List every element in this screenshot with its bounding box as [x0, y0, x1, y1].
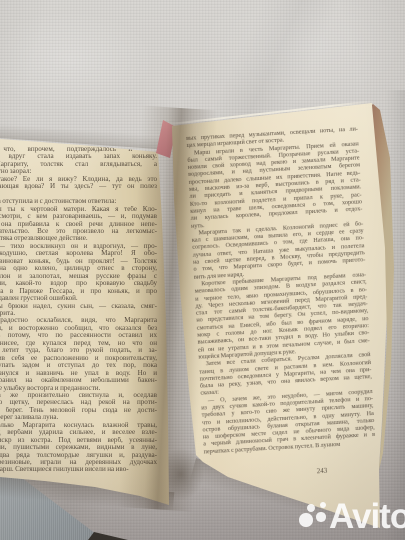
text-line: что река вдруг стала издавать запах конь… — [0, 153, 157, 160]
text-line: сидели в два ряда толстомордые лягушки и… — [0, 452, 157, 459]
text-line: сделал поклон и залопотал, мешая русские… — [0, 273, 157, 280]
text-line: ленного толстяка отрезвляющее действие. — [0, 235, 157, 242]
text-line: дина? Ты смотри, с кем разговариваешь, —… — [0, 213, 157, 220]
text-line: бардами лице улыбку восторга и преданнос… — [0, 385, 157, 392]
text-line: Толстяк радостно осклабился, видя, что М… — [0, 317, 157, 324]
text-line: брюк лишь потому, что по рассеянности ос… — [0, 332, 157, 339]
text-line: тел сноп искр из костра. Под ветвями вер… — [0, 437, 157, 444]
photo-scene: выпивши, что, впрочем, подтверждалось и … — [0, 0, 405, 540]
text-line: чаясь, Маргарита. — [0, 310, 157, 317]
text-line: чатное ругательство. Все это произвело н… — [0, 228, 157, 235]
text-line: подлетевшую щетку, перенеслась над рекой… — [0, 399, 157, 406]
text-line: воположный берег. Тень меловой горы сюда… — [0, 407, 157, 414]
text-line: Маргарита же пронзительно свистнула и, о… — [0, 392, 157, 399]
avito-watermark: Avito — [292, 492, 405, 538]
text-line: — Ой! — тихо воскликнул он и вздрогнул, … — [0, 243, 157, 250]
right-page-text: вых прутиках перед музыкантами, освещали… — [186, 125, 376, 455]
text-line: французскими, какой-то вздор про кроваву… — [0, 280, 157, 287]
text-line: ясь как резиновые, играли на деревянных … — [0, 459, 157, 466]
avito-dot-bottom-right — [316, 512, 325, 521]
text-line: здороваться. — [0, 191, 157, 198]
text-line: мгновение, она прибавила к своей речи дл… — [0, 221, 157, 228]
text-line: знался. А виноват коньяк, будь он прокля… — [0, 258, 157, 265]
text-line: — Ты бы брюки надел, сукин сын, — сказал… — [0, 303, 157, 310]
avito-dot-bottom-left — [299, 513, 313, 527]
text-line: Маргарита отступила и с достоинством отв… — [0, 198, 157, 205]
text-line: то, что он подавлен грустной ошибкой. — [0, 295, 157, 302]
text-line: музыка под вербами ударила сильнее, и ве… — [0, 429, 157, 436]
avito-wordmark: Avito — [329, 492, 405, 538]
text-line: бравурный марш. Светящиеся гнилушки висе… — [0, 466, 157, 473]
text-line: — Пошел ты к чертовой матери. Какая я те… — [0, 206, 157, 213]
text-line: начал отступать задом и отступал до тех … — [0, 362, 157, 369]
text-line: потом радостно заорал: — [0, 168, 157, 175]
text-line: на реке Енисее, где купался перед тем, н… — [0, 340, 157, 347]
text-line: не поскользнулся и навзничь не упал в во… — [0, 370, 157, 377]
text-line: опустился на одно колено, цилиндр отнес … — [0, 265, 157, 272]
text-line: падая, сохранил на окаймленном небольшим… — [0, 377, 157, 384]
text-line: Лишь только Маргарита коснулась влажной … — [0, 422, 157, 429]
text-line: Увидев Маргариту, толстяк стал вглядыват… — [0, 161, 157, 168]
text-line: тем, поручив себя ее расположению и покр… — [0, 355, 157, 362]
text-line: ты, неунывающая вдова? И ты здесь? — тут… — [0, 183, 157, 190]
text-line: гала, и весь берег заливала луна. — [0, 414, 157, 421]
text-line: ми нежными, пушистыми сережками, видными… — [0, 444, 157, 451]
avito-dot-top-right — [320, 502, 326, 508]
text-line: — Что такое? Ее ли я вижу? Клодина, да в… — [0, 176, 157, 183]
text-line: не сердится, и восторженно сообщил, что … — [0, 325, 157, 332]
text-line: стите великодушно, светлая королева Марг… — [0, 250, 157, 257]
avito-dot-top-left — [307, 504, 316, 513]
page-number: 243 — [306, 466, 338, 476]
text-line: своего друга в Париже Гессара, и про кон… — [0, 288, 157, 295]
left-page-text: выпивши, что, впрочем, подтверждалось и … — [0, 146, 157, 474]
text-line: сейчас же летит туда, благо это рукой по… — [0, 347, 157, 354]
left-page: выпивши, что, впрочем, подтверждалось и … — [0, 130, 176, 510]
